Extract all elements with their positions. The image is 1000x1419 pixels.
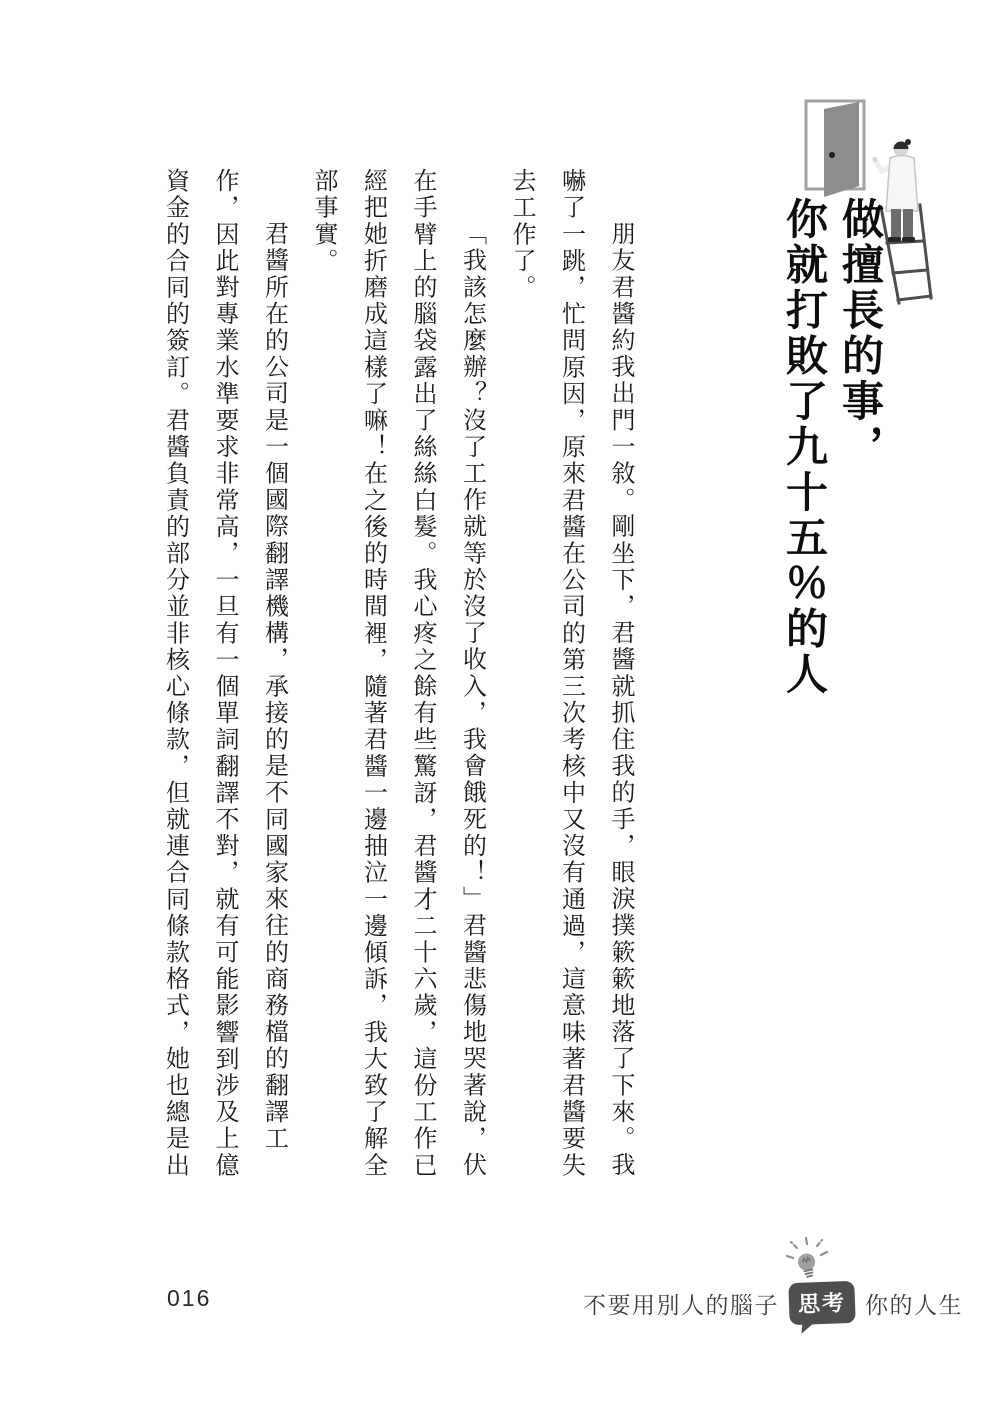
book-page: 做擅長的事， 你就打敗了九十五％的人 朋友君醬約我出門一敘。剛坐下，君醬就抓住我…	[0, 0, 1000, 1419]
running-footer-right: 你的人生	[865, 1287, 963, 1320]
running-footer-left: 不要用別人的腦子	[583, 1287, 779, 1320]
paragraph-3: 君醬所在的公司是一個國際翻譯機構，承接的是不同國家來往的商務檔的翻譯工作，因此對…	[149, 168, 298, 1180]
paragraph-1: 朋友君醬約我出門一敘。剛坐下，君醬就抓住我的手，眼淚撲簌簌地落了下來。我嚇了一跳…	[496, 168, 645, 1180]
body-text: 朋友君醬約我出門一敘。剛坐下，君醬就抓住我的手，眼淚撲簌簌地落了下來。我嚇了一跳…	[149, 168, 644, 1180]
door-icon	[806, 101, 864, 197]
running-footer: 不要用別人的腦子	[583, 1282, 963, 1324]
paragraph-2: 「我該怎麼辦？沒了工作就等於沒了收入，我會餓死的！」君醬悲傷地哭著說，伏在手臂上…	[298, 168, 496, 1180]
chapter-title: 做擅長的事， 你就打敗了九十五％的人	[776, 197, 888, 698]
think-badge: 思考	[788, 1281, 855, 1325]
chapter-title-line-1: 做擅長的事，	[832, 197, 888, 698]
page-number: 016	[167, 1285, 211, 1312]
think-badge-wrap: 思考	[789, 1282, 855, 1324]
lightbulb-icon	[785, 1236, 831, 1284]
chapter-title-line-2: 你就打敗了九十五％的人	[776, 197, 832, 698]
